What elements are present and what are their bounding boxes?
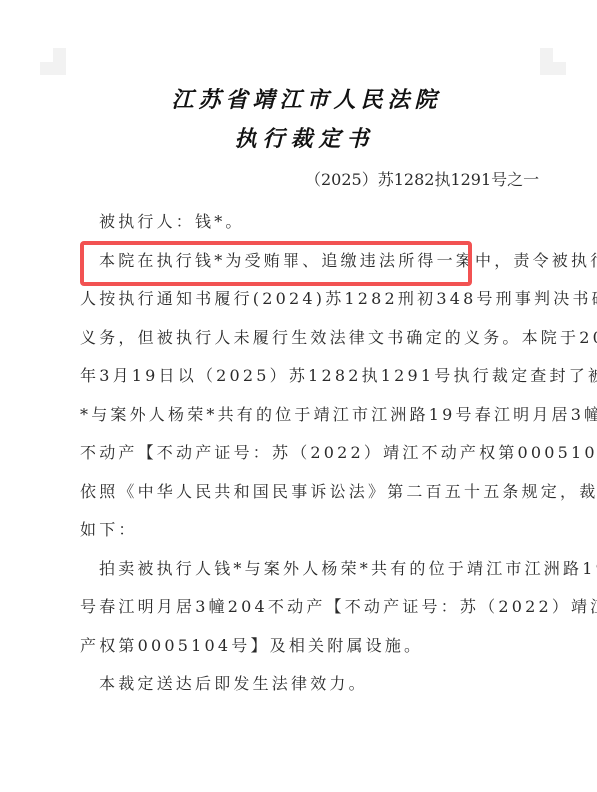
document-type-heading: 执行裁定书	[0, 122, 597, 153]
paragraph-line: 人按执行通知书履行(2024)苏1282刑初348号刑事判决书确定的	[80, 280, 530, 319]
paragraph-line: 年3月19日以（2025）苏1282执1291号执行裁定查封了被执行人钱	[80, 357, 530, 396]
paragraph-line: 义务，但被执行人未履行生效法律文书确定的义务。本院于2025	[80, 319, 530, 358]
paragraph-line: 本院在执行钱*为受贿罪、追缴违法所得一案中，责令被执行	[80, 242, 530, 281]
paragraph-line: 如下：	[80, 511, 530, 550]
paragraph-line: 不动产【不动产证号：苏（2022）靖江不动产权第0005104号】。	[80, 434, 530, 473]
paragraph-line: 拍卖被执行人钱*与案外人杨荣*共有的位于靖江市江洲路19	[80, 550, 530, 589]
case-number: （2025）苏1282执1291号之一	[305, 167, 539, 190]
crop-mark-top-right-h	[540, 62, 566, 75]
ruling-paragraph: 拍卖被执行人钱*与案外人杨荣*共有的位于靖江市江洲路19 号春江明月居3幢204…	[80, 550, 530, 666]
document-body: 被执行人：钱*。 本院在执行钱*为受贿罪、追缴违法所得一案中，责令被执行 人按执…	[80, 203, 530, 704]
paragraph-line: 本裁定送达后即发生法律效力。	[80, 665, 530, 704]
paragraph-line: 依照《中华人民共和国民事诉讼法》第二百五十五条规定，裁定	[80, 473, 530, 512]
paragraph-line: 号春江明月居3幢204不动产【不动产证号：苏（2022）靖江不动	[80, 588, 530, 627]
crop-mark-top-left-h	[40, 62, 66, 75]
party-line: 被执行人：钱*。	[80, 203, 530, 242]
paragraph-line: *与案外人杨荣*共有的位于靖江市江洲路19号春江明月居3幢204	[80, 396, 530, 435]
paragraph-line: 产权第0005104号】及相关附属设施。	[80, 627, 530, 666]
court-name-heading: 江苏省靖江市人民法院	[0, 83, 597, 114]
effect-paragraph: 本裁定送达后即发生法律效力。	[80, 665, 530, 704]
facts-paragraph: 本院在执行钱*为受贿罪、追缴违法所得一案中，责令被执行 人按执行通知书履行(20…	[80, 242, 530, 550]
